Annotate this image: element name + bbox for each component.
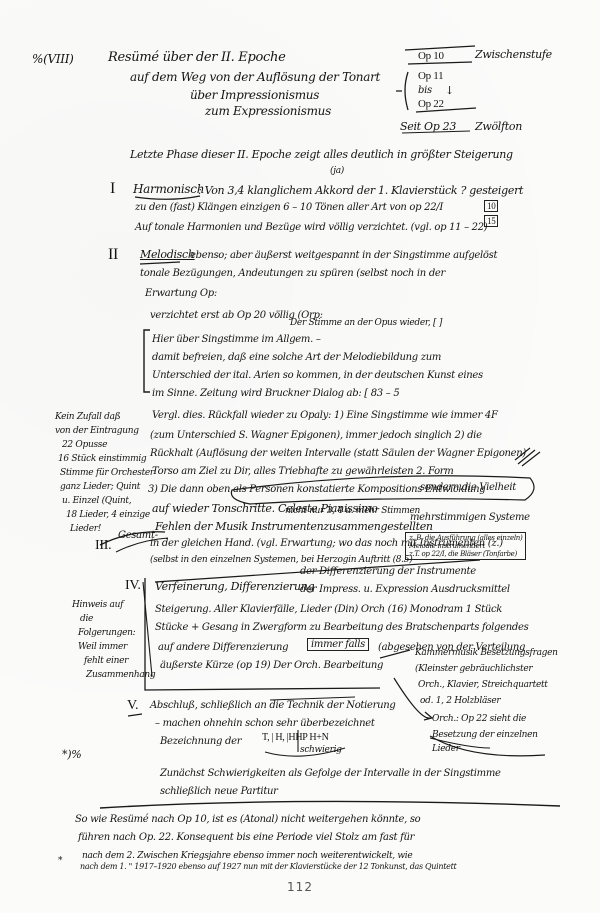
margin-note-line: fehlt einer (84, 656, 128, 666)
section-line: äußerste Kürze (op 19) Der Orch. Bearbei… (160, 660, 383, 671)
heading-title: Resümé über der II. Epoche (108, 50, 286, 65)
margin-note-line: ganz Lieder; Quint (60, 482, 140, 492)
margin-note-line: Stimme für Orchester (60, 468, 154, 478)
margin-note-line: 22 Opusse (62, 440, 107, 450)
margin-note-line: Zusammenhang (86, 670, 155, 680)
section-line: der Impress. u. Expression Ausdrucksmitt… (300, 584, 510, 595)
section-line: : Von 3,4 klanglichem Akkord der 1. Klav… (198, 184, 523, 197)
section-heading: Verfeinerung, Differenzierung (155, 580, 314, 593)
opus-label: Seit Op 23 (400, 120, 456, 133)
section-numeral: IV. (125, 578, 141, 594)
intro-aside: (ja) (330, 166, 344, 176)
side-note-line: Lieder (432, 744, 460, 754)
body-line: Rückhalt (Auflösung der weiten Intervall… (150, 448, 526, 459)
footer-line: nach dem 1. " 1917–1920 ebenso auf 1927 … (80, 862, 456, 871)
section-line: Fehlen der Musik Instrumentenzusammenges… (155, 520, 433, 533)
side-note-line: Kammermusik Besetzungsfragen (415, 648, 558, 658)
bracket-line: damit befreien, daß eine solche Art der … (152, 352, 441, 363)
section-line: Steigerung. Aller Klavierfälle, Lieder (… (155, 604, 502, 615)
margin-note-line: u. Einzel (Quint, (62, 496, 131, 506)
body-line: Vergl. dies. Rückfall wieder zu Opaly: 1… (152, 410, 498, 421)
margin-note-line: von der Eintragung (55, 426, 139, 436)
section-numeral: I (110, 180, 115, 198)
boxed-phrase: immer falls (307, 638, 369, 651)
section-line: Auf tonale Harmonien und Bezüge wird völ… (135, 222, 487, 233)
manuscript-page: %(VIII) Resümé über der II. Epoche auf d… (0, 0, 600, 913)
page-marker: %(VIII) (32, 52, 74, 66)
boxed-note-line: z.T. op 22/I, die Bläser (Tonfarbe) (409, 550, 522, 558)
notation-sub: schwierig (300, 745, 342, 755)
margin-note-line: Hinweis auf (72, 600, 123, 610)
side-note-line: Besetzung der einzelnen (432, 730, 538, 740)
opus-label: Op 10 (418, 50, 444, 62)
notation-symbols: T, | H, |HHP H+N (262, 732, 329, 743)
footnote-asterisk: * (58, 856, 62, 866)
side-note-line: od. 1, 2 Holzbläser (420, 696, 500, 706)
section-line: (selbst in den einzelnen Systemen, bei H… (150, 555, 412, 565)
body-line: Torso am Ziel zu Dir, alles Triebhafte z… (152, 466, 453, 477)
section-insert: nicht nur 3, 4 u. mehr Stimmen (285, 506, 420, 516)
bubble-note: sondern die Vielheit (420, 482, 516, 493)
bracket-line: Hier über Singstimme im Allgem. – (152, 334, 321, 345)
opus-note: Zwischenstufe (475, 48, 552, 61)
section-aside: Der Stimme an der Opus wieder, [ ] (290, 318, 442, 328)
margin-note-line: Kein Zufall daß (55, 412, 120, 422)
page-number: 112 (0, 880, 600, 894)
body-line: (zum Unterschied S. Wagner Epigonen), im… (150, 430, 482, 441)
boxed-note: z. B. die Ausführung (alles einzeln) Mel… (405, 532, 526, 560)
opus-note: Zwölfton (475, 120, 522, 133)
opus-label: Op 11 (418, 70, 443, 82)
section-heading: Melodisch (140, 248, 195, 261)
section-line: tonale Bezügungen, Andeutungen zu spüren… (140, 268, 445, 279)
footer-line: So wie Resümé nach Op 10, ist es (Atonal… (75, 814, 420, 825)
section-numeral: II (108, 246, 118, 264)
section-line: Bezeichnung der (160, 736, 241, 747)
opus-label: bis (418, 85, 432, 96)
intro-line: Letzte Phase dieser II. Epoche zeigt all… (130, 148, 513, 161)
section-line: schließlich neue Partitur (160, 786, 278, 797)
side-note-line: (Kleinster gebräuchlichster (415, 664, 532, 674)
bracket-line: Unterschied der ital. Arien so kommen, i… (152, 370, 483, 381)
heading-line: auf dem Weg von der Auflösung der Tonart (130, 70, 380, 84)
section-line: – machen ohnehin schon sehr überbezeichn… (155, 718, 375, 729)
opus-label: Op 22 (418, 98, 444, 110)
heading-line: über Impressionismus (190, 88, 319, 102)
section-numeral: III. (95, 538, 111, 554)
side-note-line: Orch., Klavier, Streichquartett (418, 680, 548, 690)
section-numeral: V. (127, 698, 138, 714)
bracket-line: im Sinne. Zeitung wird Bruckner Dialog a… (152, 388, 399, 399)
margin-note-line: Folgerungen: (78, 628, 135, 638)
boxed-note-line: z. B. die Ausführung (alles einzeln) (409, 534, 522, 542)
margin-note-line: die (80, 614, 93, 624)
heading-line: zum Expressionismus (205, 104, 331, 118)
page-marker: *)% (62, 748, 81, 761)
footer-line: nach dem 2. Zwischen Kriegsjahre ebenso … (82, 851, 412, 861)
section-line: Stücke + Gesang in Zwergform zu Bearbeit… (155, 622, 528, 633)
side-note-line: Orch.: Op 22 sieht die (432, 714, 526, 724)
section-line: auf andere Differenzierung (158, 642, 288, 653)
section-heading: Harmonisch (133, 182, 204, 196)
section-line: Erwartung Op: (145, 288, 217, 299)
boxed-note-line: Melodie instrumentiert (409, 542, 522, 550)
section-line: mehrstimmigen Systeme (410, 512, 530, 523)
section-line: ebenso; aber äußerst weitgespannt in der… (190, 250, 497, 261)
arrow-down-icon: ↓ (445, 84, 454, 97)
footer-line: führen nach Op. 22. Konsequent bis eine … (78, 832, 414, 843)
boxed-number: 10 (484, 200, 498, 212)
section-line: Abschluß, schließlich an die Technik der… (150, 700, 396, 711)
margin-note-line: 16 Stück einstimmig (58, 454, 146, 464)
margin-note-line: 18 Lieder, 4 einzige (66, 510, 150, 520)
section-line: Zunächst Schwierigkeiten als Gefolge der… (160, 768, 501, 779)
section-line: zu den (fast) Klängen einzigen 6 – 10 Tö… (135, 202, 443, 213)
margin-note-line: Lieder! (70, 524, 101, 534)
margin-note-line: Weil immer (78, 642, 127, 652)
section-line: der Differenzierung der Instrumente (300, 566, 476, 577)
